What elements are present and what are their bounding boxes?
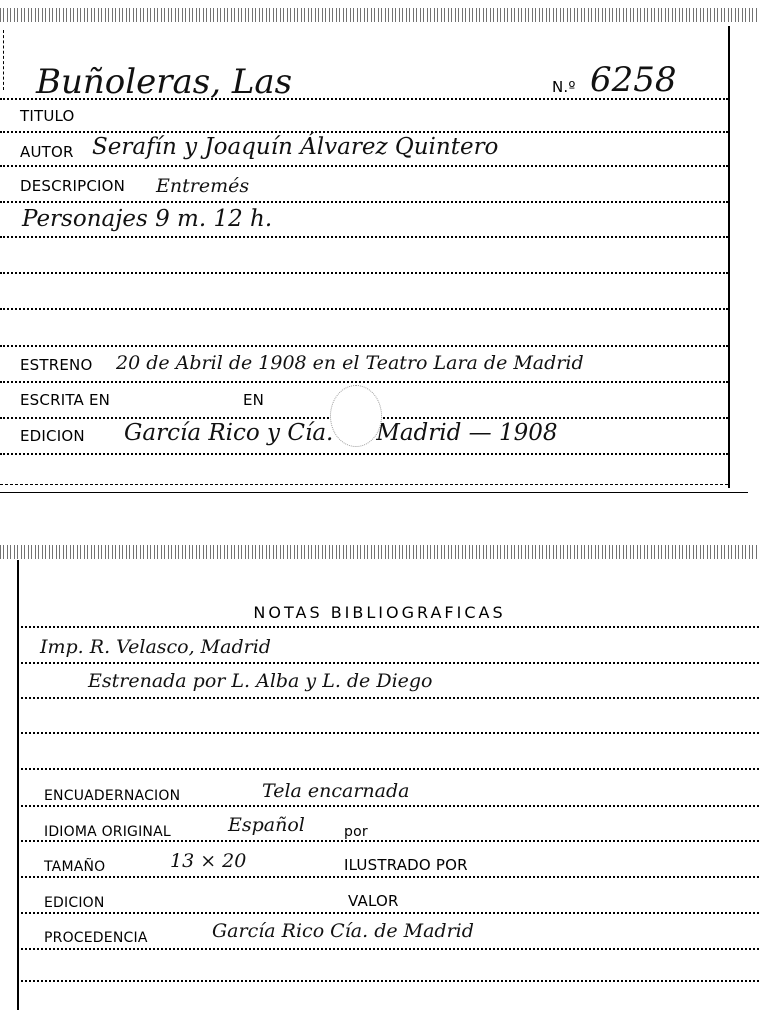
rule [0, 453, 728, 455]
rule [0, 201, 728, 203]
por-label: por [344, 824, 368, 840]
idioma-label: IDIOMA ORIGINAL [44, 824, 171, 840]
escrita-en-label: ESCRITA EN [20, 391, 110, 409]
paper-stain [330, 385, 382, 447]
rule [17, 732, 759, 734]
rule [17, 980, 759, 982]
rule [0, 381, 728, 383]
rule [17, 697, 759, 699]
front-card-right-border [728, 26, 730, 488]
encuadernacion-label: ENCUADERNACION [44, 788, 180, 804]
rule [0, 98, 728, 100]
title-value: Buñoleras, Las [36, 62, 292, 102]
rule [0, 131, 728, 133]
edicion-back-label: EDICION [44, 895, 105, 911]
personajes-value: Personajes 9 m. 12 h. [22, 206, 272, 232]
card-divider [0, 492, 748, 493]
rule [0, 345, 728, 347]
tamano-label: TAMAÑO [44, 859, 105, 875]
procedencia-value: García Rico Cía. de Madrid [212, 920, 474, 942]
estreno-label: ESTRENO [20, 356, 93, 374]
procedencia-label: PROCEDENCIA [44, 930, 148, 946]
rule [0, 236, 728, 238]
titulo-label: TITULO [20, 107, 75, 125]
ilustrado-label: ILUSTRADO POR [344, 856, 468, 874]
descripcion-label: DESCRIPCION [20, 177, 125, 195]
note-line-1: Imp. R. Velasco, Madrid [40, 636, 271, 658]
autor-value: Serafín y Joaquín Álvarez Quintero [92, 134, 498, 160]
rule [17, 805, 759, 807]
autor-label: AUTOR [20, 143, 74, 161]
edicion-label: EDICION [20, 427, 85, 445]
rule [0, 484, 728, 485]
rule [17, 912, 759, 914]
descripcion-value: Entremés [156, 175, 249, 197]
rule [17, 948, 759, 950]
front-card-left-edge [3, 30, 4, 90]
rule [17, 876, 759, 878]
rule [17, 768, 759, 770]
scan-edge-top [0, 8, 759, 22]
rule [0, 308, 728, 310]
valor-label: VALOR [348, 892, 399, 910]
scan-edge-middle [0, 545, 759, 559]
rule [0, 272, 728, 274]
rule [17, 840, 759, 842]
tamano-value: 13 × 20 [170, 850, 246, 872]
encuadernacion-value: Tela encarnada [262, 780, 409, 802]
rule [0, 165, 728, 167]
number-label: N.º [552, 78, 576, 96]
en-label: EN [243, 391, 264, 409]
rule [17, 662, 759, 664]
notes-heading: NOTAS BIBLIOGRAFICAS [0, 603, 759, 622]
idioma-value: Español [228, 814, 305, 836]
rule [17, 626, 759, 628]
estreno-value: 20 de Abril de 1908 en el Teatro Lara de… [116, 352, 584, 374]
note-line-2: Estrenada por L. Alba y L. de Diego [88, 670, 433, 692]
number-value: 6258 [590, 60, 677, 100]
